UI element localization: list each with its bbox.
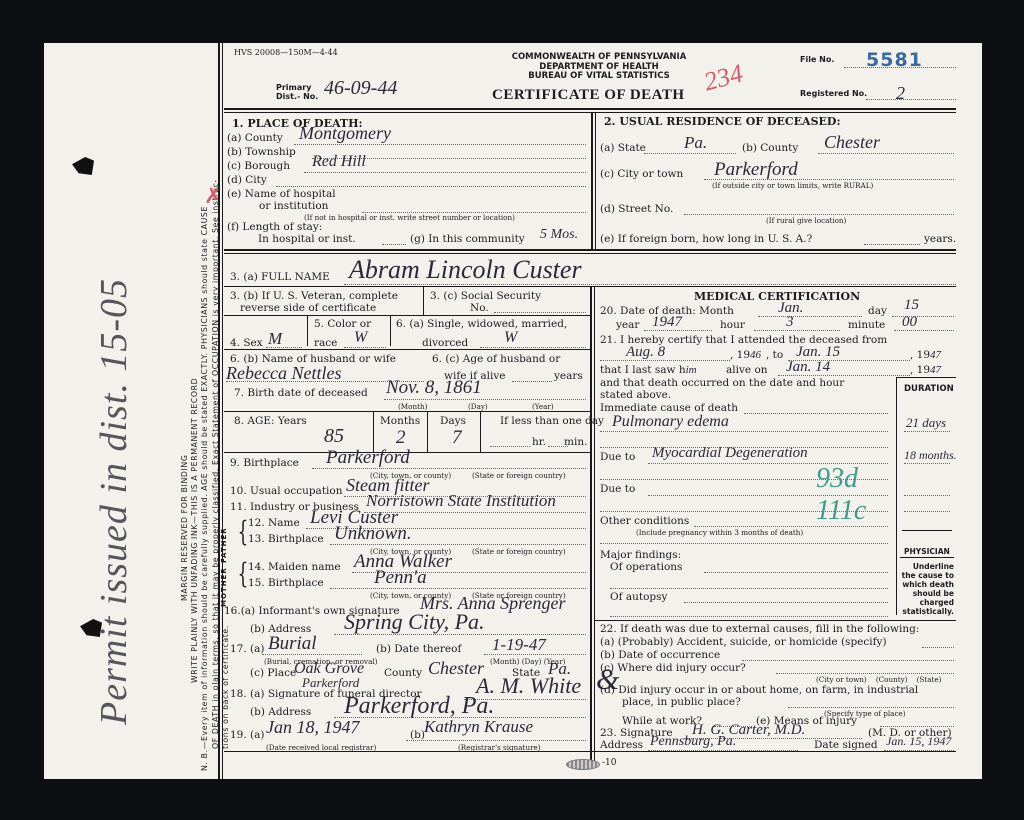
res-foreign-unit: years. (924, 233, 956, 245)
informant-address-value: Spring City, Pa. (344, 609, 485, 635)
father-birthplace-hint-state: (State or foreign country) (472, 547, 566, 556)
margin-line-2: WRITE PLAINLY WITH UNFADING INK—THIS IS … (190, 179, 200, 771)
duration-box-rule (902, 530, 952, 531)
res-foreign-field[interactable] (864, 244, 920, 245)
last-saw-year-value: 47 (930, 364, 941, 376)
stay-community-label: (g) In this community (410, 233, 525, 245)
immediate-cause-field-b[interactable] (600, 431, 888, 432)
external-a-field[interactable] (922, 647, 954, 648)
to-year-prefix: , 19 (910, 349, 930, 361)
immediate-cause-field-a[interactable] (744, 413, 888, 414)
rule-after-residence (224, 249, 956, 251)
rule-before-external (595, 620, 956, 621)
ssn-field[interactable] (494, 312, 586, 313)
external-c-label: (c) Where did injury occur? (600, 662, 746, 674)
margin-instructions: MARGIN RESERVED FOR BINDING WRITE PLAINL… (180, 179, 231, 771)
mother-birthplace-field[interactable] (330, 588, 586, 589)
duration-box-left (896, 377, 897, 615)
immediate-duration-field[interactable] (904, 431, 950, 432)
mother-maiden-label: 14. Maiden name (248, 561, 341, 573)
occurred-label-2: stated above. (600, 389, 671, 401)
margin-line-3: N. B.—Every item of information should b… (200, 179, 210, 771)
race-field[interactable] (344, 347, 386, 348)
attended-from-value: Aug. 8 (626, 344, 665, 361)
borough-label: (c) Borough (227, 160, 290, 172)
birthplace-label: 9. Birthplace (230, 457, 299, 469)
full-name-label: 3. (a) FULL NAME (230, 271, 330, 283)
autopsy-field-b[interactable] (610, 616, 888, 617)
dod-month-field[interactable] (758, 316, 862, 317)
major-findings-label: Major findings: (600, 549, 681, 561)
age-months-label: Months (380, 415, 420, 427)
burial-date-label: (b) Date thereof (376, 643, 461, 655)
external-heading: 22. If death was due to external causes,… (600, 623, 919, 635)
age-years-value[interactable]: 85 (324, 425, 344, 448)
dod-hour-field[interactable] (754, 330, 840, 331)
attended-from-year: , 1946 (730, 349, 761, 361)
header-rule-thin (224, 112, 956, 113)
registered-no-line (866, 99, 956, 100)
dod-year-label: year (616, 319, 639, 331)
res-city-label: (c) City or town (600, 168, 683, 180)
res-city-note: (If outside city or town limits, write R… (712, 181, 873, 190)
duration-box-top (896, 377, 956, 378)
operations-label: Of operations (610, 561, 682, 573)
external-d-label-1: (d) Did injury occur in or about home, o… (600, 684, 918, 696)
physician-note-text: Underline the cause to which death shoul… (902, 562, 954, 616)
birth-date-label: 7. Birth date of deceased (234, 387, 368, 399)
ssn-label-1: 3. (c) Social Security (430, 290, 541, 302)
hospital-label-2: or institution (259, 200, 328, 212)
age-days-value[interactable]: 7 (452, 427, 462, 449)
header-rule-thick (224, 108, 956, 110)
external-d-field[interactable] (788, 707, 954, 708)
other-field-c[interactable] (600, 543, 888, 544)
last-saw-label: that I last saw him (600, 364, 697, 376)
footer-code: -10 (602, 758, 617, 768)
last-saw-date-value: Jan. 14 (786, 359, 830, 376)
last-saw-text: that I last saw h (600, 364, 686, 376)
full-name-label-text: 3. (a) FULL NAME (230, 271, 330, 283)
race-marital-divider (390, 316, 391, 346)
autopsy-field-a[interactable] (684, 602, 888, 603)
burial-label: 17. (a) (230, 643, 265, 655)
res-county-value: Chester (824, 132, 880, 153)
birthplace-hint-state: (State or foreign country) (472, 471, 566, 480)
last-saw-pronoun: im (686, 364, 697, 376)
due2-duration-field[interactable] (904, 495, 950, 496)
file-no-label: File No. (800, 55, 834, 64)
punch-hole-top (72, 157, 94, 175)
burial-date-value: 1-19-47 (492, 635, 546, 655)
autopsy-label: Of autopsy (610, 591, 667, 603)
union-bug-logo (566, 759, 600, 770)
age-years-label: 8. AGE: Years (234, 415, 307, 427)
registrar-date-value: Jan 18, 1947 (266, 717, 360, 738)
res-city-value: Parkerford (714, 159, 798, 181)
operations-field-b[interactable] (610, 588, 888, 589)
burial-place-label: (c) Place (250, 667, 296, 679)
race-label-2: race (314, 337, 337, 349)
dod-day-value: 15 (904, 297, 919, 314)
registrar-signature-value: Kathryn Krause (424, 717, 533, 737)
borough-value: Red Hill (312, 153, 366, 171)
birth-month-hint: (Month) (398, 402, 427, 411)
pencil-margin-note: Permit issued in dist. 15-05 (92, 278, 136, 725)
county-field[interactable] (294, 144, 586, 145)
age-days-divider (480, 412, 481, 452)
header-bureau: BUREAU OF VITAL STATISTICS (484, 72, 714, 82)
age-hr-label: hr. (532, 436, 546, 448)
physician-address-value: Pennsburg, Pa. (650, 734, 736, 750)
sex-race-divider (307, 316, 308, 346)
birth-day-hint: (Day) (468, 402, 488, 411)
date-signed-value: Jan. 15, 1947 (886, 734, 951, 749)
attended-to-label: , to (766, 349, 783, 361)
dod-year-value: 1947 (652, 314, 682, 331)
father-brace-icon: { (238, 515, 249, 548)
father-birthplace-label: 13. Birthplace (248, 533, 324, 545)
mother-brace-icon: { (238, 557, 249, 590)
dist-no-label: Dist.- No. (276, 92, 318, 101)
death-certificate: Permit issued in dist. 15-05 MARGIN RESE… (44, 43, 982, 779)
sex-value: M (268, 329, 282, 349)
res-street-label: (d) Street No. (600, 203, 673, 215)
operations-field-a[interactable] (704, 572, 888, 573)
birth-year-hint: (Year) (532, 402, 554, 411)
physician-box-rule (900, 557, 954, 558)
to-year-value: 47 (930, 349, 941, 361)
center-divider (590, 287, 592, 765)
res-county-field[interactable] (818, 153, 954, 154)
occurred-label-1: and that death occurred on the date and … (600, 377, 844, 389)
res-county-label: (b) County (742, 142, 798, 154)
primary-label: Primary (276, 83, 318, 92)
age-months-value[interactable]: 2 (396, 427, 406, 449)
full-name-value: Abram Lincoln Custer (349, 255, 582, 285)
less-than-day-label: If less than one day (500, 415, 604, 427)
borough-field[interactable] (304, 172, 586, 173)
veteran-label-1: 3. (b) If U. S. Veteran, complete (230, 290, 398, 302)
while-at-work-label: While at work? (622, 715, 702, 727)
mother-birthplace-label: 15. Birthplace (248, 577, 324, 589)
birth-date-field[interactable] (384, 399, 586, 400)
rule-after-sex (224, 349, 590, 350)
external-c-field[interactable] (776, 673, 954, 674)
from-year-value: 46 (750, 349, 761, 361)
header-block: COMMONWEALTH OF PENNSYLVANIA DEPARTMENT … (484, 53, 714, 82)
other-duration-field[interactable] (904, 511, 950, 512)
stay-community-value: 5 Mos. (540, 227, 578, 243)
city-label: (d) City (227, 174, 267, 186)
marital-label-2: divorced (422, 337, 468, 349)
last-saw-year-prefix: , 19 (910, 364, 930, 376)
bottom-rule (224, 751, 956, 752)
hospital-label-1: (e) Name of hospital (227, 188, 336, 200)
dod-hour-value: 3 (786, 314, 794, 331)
mother-tag: MOTHER (220, 567, 228, 607)
immediate-cause-value: Pulmonary edema (612, 413, 729, 431)
external-a-label: (a) (Probably) Accident, suicide, or hom… (600, 636, 887, 648)
alive-on-label: alive on (726, 364, 768, 376)
attended-to-year: , 1947 (910, 349, 941, 361)
physician-address-label: Address (600, 739, 643, 751)
rule-after-birth (224, 411, 590, 412)
other-conditions-note: (Include pregnancy within 3 months of de… (636, 528, 803, 537)
age-years-divider (373, 412, 374, 452)
race-value: W (354, 329, 367, 347)
residence-heading: 2. USUAL RESIDENCE OF DECEASED: (604, 115, 841, 128)
immediate-duration-value: 21 days (906, 415, 946, 431)
res-state-value: Pa. (684, 133, 707, 153)
certificate-title: CERTIFICATE OF DEATH (492, 87, 685, 104)
date-signed-label: Date signed (814, 739, 878, 751)
sec1-divider (591, 113, 593, 251)
registrar-signature-field[interactable] (406, 740, 586, 741)
registered-no-value: 2 (896, 83, 905, 104)
sex-label: 4. Sex (230, 337, 263, 349)
marital-value: W (504, 329, 517, 347)
dod-hour-label: hour (720, 319, 745, 331)
primary-dist-label: Primary Dist.- No. (276, 83, 318, 101)
ssn-label-2: No. (470, 302, 489, 314)
due1-value: Myocardial Degeneration (652, 445, 808, 462)
primary-dist-value: 46-09-44 (324, 77, 397, 100)
county-label: (a) County (227, 132, 283, 144)
external-c-hint: (City or town) (County) (State) (816, 675, 941, 684)
mother-birthplace-value: Penn'a (374, 567, 427, 589)
left-border-double (218, 43, 220, 779)
funeral-director-address-value: Parkerford, Pa. (344, 693, 494, 720)
last-saw-year: , 1947 (910, 364, 941, 376)
from-year-prefix: , 19 (730, 349, 750, 361)
res-state-label: (a) State (600, 142, 646, 154)
sec1-divider-b (595, 113, 596, 251)
external-b-label: (b) Date of occurrence (600, 649, 720, 661)
dod-day-label: day (868, 305, 887, 317)
bottom-left-border (218, 751, 220, 779)
age-days-label: Days (440, 415, 466, 427)
burial-county-label: County (384, 667, 422, 679)
veteran-label-2: reverse side of certificate (240, 302, 376, 314)
stay-hospital-label: In hospital or inst. (258, 233, 356, 245)
file-no-stamp: 5581 (866, 49, 923, 71)
due1-duration-value: 18 months. (904, 448, 957, 463)
margin-line-1: MARGIN RESERVED FOR BINDING (180, 179, 190, 771)
marital-field[interactable] (480, 347, 586, 348)
marital-label-1: 6. (a) Single, widowed, married, (396, 318, 567, 330)
stay-label: (f) Length of stay: (227, 221, 322, 233)
res-foreign-label: (e) If foreign born, how long in U. S. A… (600, 233, 812, 245)
hospital-note: (If not in hospital or inst. write stree… (304, 213, 515, 222)
due1-duration-field[interactable] (904, 463, 950, 464)
father-birthplace-value: Unknown. (334, 523, 412, 545)
birthplace-value: Parkerford (326, 447, 410, 469)
res-state-field[interactable] (644, 153, 736, 154)
rule-after-residence-b (224, 253, 956, 254)
external-d-label-2: place, in public place? (622, 696, 741, 708)
left-border-inner (222, 43, 223, 779)
registered-no-label: Registered No. (800, 89, 867, 98)
spouse-age-label-1: 6. (c) Age of husband or (432, 353, 560, 365)
external-b-field[interactable] (742, 660, 954, 661)
physician-note: Underline the cause to which death shoul… (900, 562, 954, 616)
spouse-age-field[interactable] (512, 381, 552, 382)
dod-minute-value: 00 (902, 314, 917, 331)
township-label: (b) Township (227, 146, 296, 158)
burial-value: Burial (268, 633, 317, 655)
stay-hospital-field[interactable] (382, 244, 406, 245)
due2-label: Due to (600, 483, 635, 495)
other-conditions-label: Other conditions (600, 515, 689, 527)
dod-minute-label: minute (848, 319, 885, 331)
coder-annotation-111c: 111c (816, 495, 866, 527)
physician-heading: PHYSICIAN (904, 547, 950, 556)
res-street-note: (If rural give location) (766, 216, 846, 225)
form-code: HVS 20008—150M—4-44 (234, 48, 338, 57)
res-street-field[interactable] (684, 214, 954, 215)
due1-label: Due to (600, 451, 635, 463)
registrar-date-label: 19. (a) (230, 729, 265, 741)
center-divider-b (594, 287, 595, 765)
coder-annotation-93d: 93d (816, 463, 858, 495)
full-name-field[interactable] (344, 284, 956, 285)
county-value: Montgomery (299, 123, 391, 144)
city-field[interactable] (276, 186, 586, 187)
spouse-age-unit: years (554, 370, 583, 382)
birth-date-value: Nov. 8, 1861 (386, 377, 482, 399)
age-months-divider (427, 412, 428, 452)
father-tag: FATHER (220, 527, 228, 563)
vet-ssn-divider (423, 287, 424, 315)
duration-heading: DURATION (904, 384, 954, 394)
age-hr-field[interactable] (490, 446, 530, 447)
age-min-label: min. (564, 436, 587, 448)
rule-after-vet (224, 315, 590, 316)
father-name-label: 12. Name (248, 517, 300, 529)
occupation-label: 10. Usual occupation (230, 485, 342, 497)
